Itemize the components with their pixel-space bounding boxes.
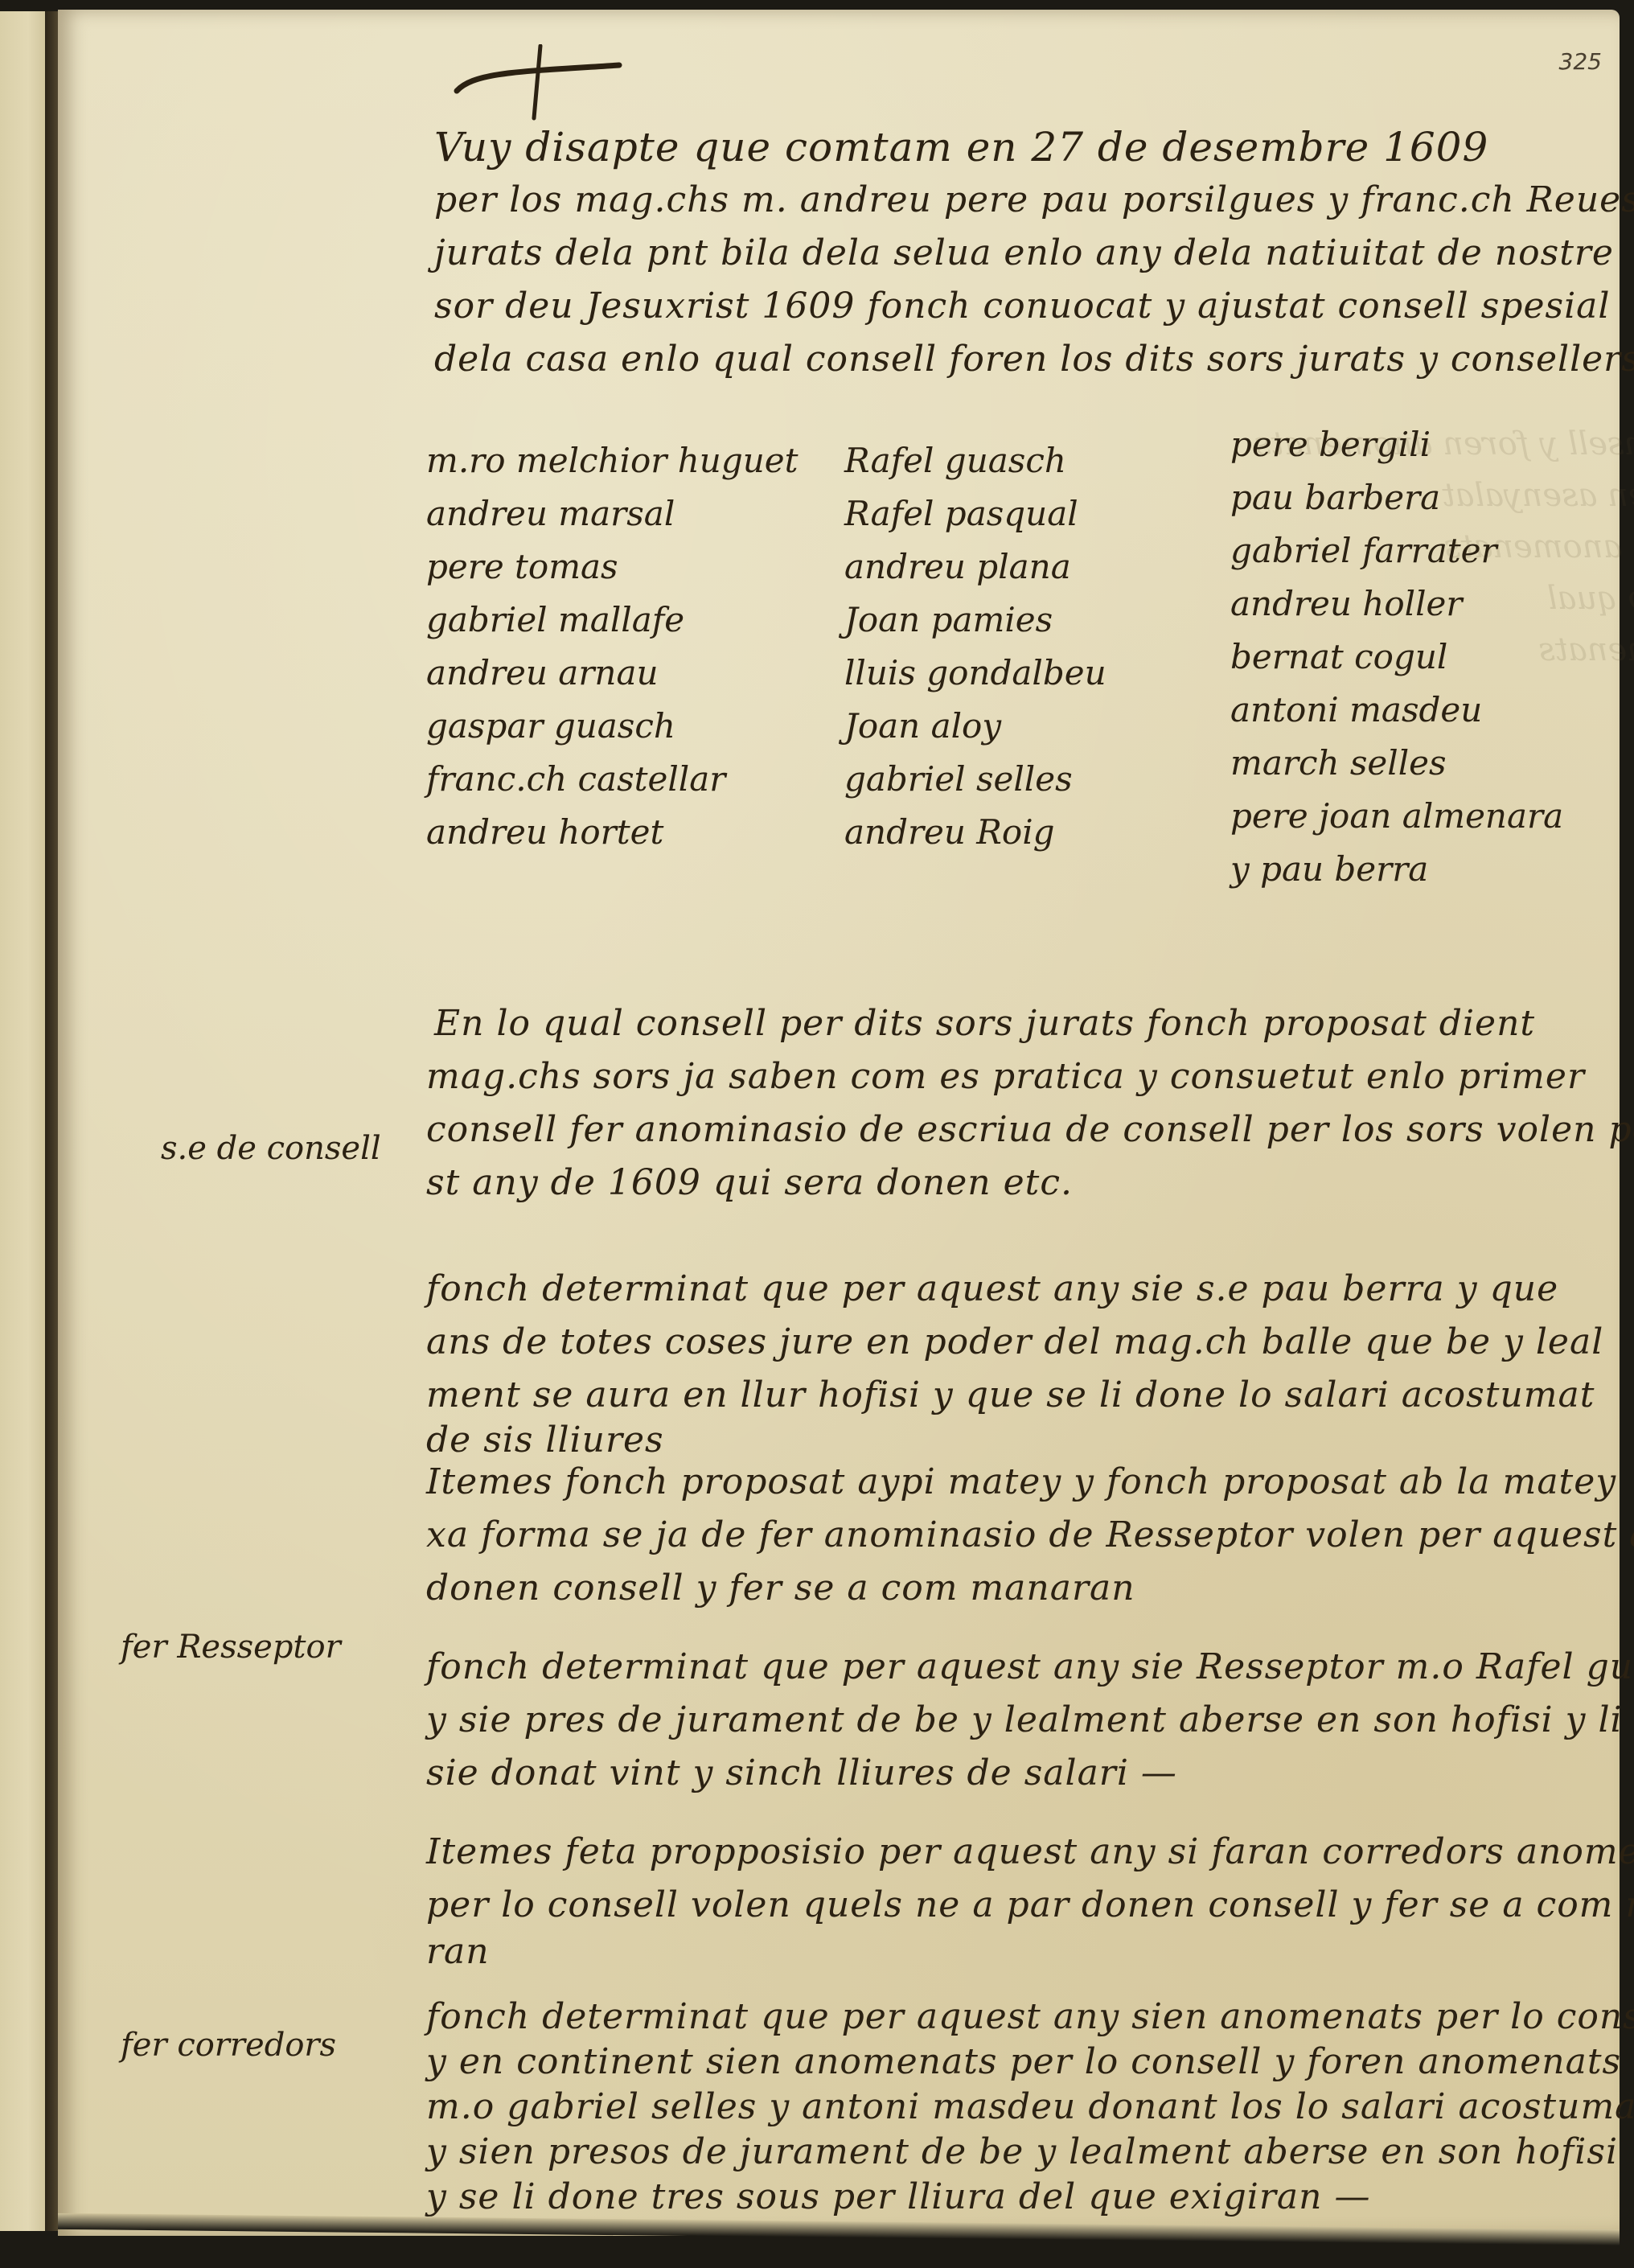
margin-note: fer corredors <box>121 2027 336 2064</box>
heading-line: sor deu Jesuxrist 1609 fonch conuocat y … <box>434 280 1592 333</box>
attendee-name: gabriel mallafe <box>426 594 844 647</box>
paragraph-line: y en continent sien anomenats per lo con… <box>426 2040 1608 2085</box>
minutes-paragraph: En lo qual consell per dits sors jurats … <box>426 997 1608 1210</box>
attendee-name: andreu arnau <box>426 647 844 700</box>
attendee-name: pere joan almenara <box>1230 790 1616 843</box>
attendee-name: andreu hortet <box>426 806 844 859</box>
attendee-name: gabriel selles <box>844 753 1230 806</box>
paragraph-line: ran <box>426 1932 1608 1972</box>
paragraph-line: st any de 1609 qui sera donen etc. <box>426 1157 1608 1210</box>
attendee-name: y pau berra <box>1230 843 1616 896</box>
attendee-column: Rafel guasch Rafel pasqual andreu plana … <box>844 434 1230 933</box>
margin-note: s.e de consell <box>161 1130 381 1167</box>
attendee-name: Joan pamies <box>844 594 1230 647</box>
paragraph-line: m.o gabriel selles y antoni masdeu donan… <box>426 2085 1608 2130</box>
facing-page-edge <box>0 11 47 2231</box>
paragraph-line: ans de totes coses jure en poder del mag… <box>426 1316 1608 1369</box>
paragraph-line: xa forma se ja de fer anominasio de Ress… <box>426 1509 1608 1562</box>
paragraph-line: donen consell y fer se a com manaran <box>426 1562 1608 1615</box>
heading-line: per los mag.chs m. andreu pere pau porsi… <box>434 174 1592 227</box>
attendee-name: pau barbera <box>1230 471 1616 524</box>
paragraph-line: y se li done tres sous per lliura del qu… <box>426 2175 1608 2220</box>
margin-note: fer Resseptor <box>121 1629 341 1666</box>
heading-line: Vuy disapte que comtam en 27 de desembre… <box>434 121 1592 174</box>
attendee-name: andreu Roig <box>844 806 1230 859</box>
attendee-name: Rafel pasqual <box>844 487 1230 540</box>
paragraph-line: de sis lliures <box>426 1422 1608 1459</box>
attendee-name: Joan aloy <box>844 700 1230 753</box>
paragraph-line: Itemes fonch proposat aypi matey y fonch… <box>426 1456 1608 1509</box>
attendee-name: pere bergili <box>1230 418 1616 471</box>
attendee-list: m.ro melchior huguet andreu marsal pere … <box>426 434 1616 933</box>
paragraph-line: y sie pres de jurament de be y lealment … <box>426 1694 1608 1747</box>
attendee-name: bernat cogul <box>1230 631 1616 684</box>
attendee-name: andreu marsal <box>426 487 844 540</box>
attendee-column: pere bergili pau barbera gabriel farrate… <box>1230 418 1616 933</box>
paragraph-line: sie donat vint y sinch lliures de salari… <box>426 1747 1608 1800</box>
paragraph-line: fonch determinat que per aquest any sie … <box>426 1641 1608 1694</box>
attendee-column: m.ro melchior huguet andreu marsal pere … <box>426 434 844 933</box>
attendee-name: march selles <box>1230 737 1616 790</box>
heading-line: jurats dela pnt bila dela selua enlo any… <box>434 227 1592 280</box>
heading-paragraph: Vuy disapte que comtam en 27 de desembre… <box>434 121 1592 386</box>
paragraph-line: fonch determinat que per aquest any sie … <box>426 1263 1608 1316</box>
paragraph-line: consell fer anominasio de escriua de con… <box>426 1103 1608 1157</box>
paragraph-line: En lo qual consell per dits sors jurats … <box>426 997 1608 1050</box>
paragraph-line: ment se aura en llur hofisi y que se li … <box>426 1369 1608 1422</box>
minutes-paragraph: fonch determinat que per aquest any sie … <box>426 1641 1608 1800</box>
folio-number: 325 <box>1559 48 1602 75</box>
attendee-name: Rafel guasch <box>844 434 1230 487</box>
attendee-name: pere tomas <box>426 540 844 594</box>
attendee-name: andreu plana <box>844 540 1230 594</box>
attendee-name: antoni masdeu <box>1230 684 1616 737</box>
minutes-paragraph: fonch determinat que per aquest any sie … <box>426 1263 1608 1459</box>
paragraph-line: per lo consell volen quels ne a par done… <box>426 1879 1608 1932</box>
paragraph-line: fonch determinat que per aquest any sien… <box>426 1995 1608 2040</box>
minutes-paragraph: Itemes fonch proposat aypi matey y fonch… <box>426 1456 1608 1615</box>
attendee-name: lluis gondalbeu <box>844 647 1230 700</box>
paragraph-line: Itemes feta propposisio per aquest any s… <box>426 1826 1608 1879</box>
attendee-name: andreu holler <box>1230 577 1616 631</box>
attendee-name: franc.ch castellar <box>426 753 844 806</box>
minutes-paragraph: Itemes feta propposisio per aquest any s… <box>426 1826 1608 1972</box>
paragraph-line: y sien presos de jurament de be y lealme… <box>426 2130 1608 2175</box>
minutes-paragraph: fonch determinat que per aquest any sien… <box>426 1995 1608 2220</box>
cross-invocation-icon <box>450 44 627 125</box>
attendee-name: gaspar guasch <box>426 700 844 753</box>
attendee-name: gabriel farrater <box>1230 524 1616 577</box>
attendee-name: m.ro melchior huguet <box>426 434 844 487</box>
heading-line: dela casa enlo qual consell foren los di… <box>434 333 1592 386</box>
paragraph-line: mag.chs sors ja saben com es pratica y c… <box>426 1050 1608 1103</box>
